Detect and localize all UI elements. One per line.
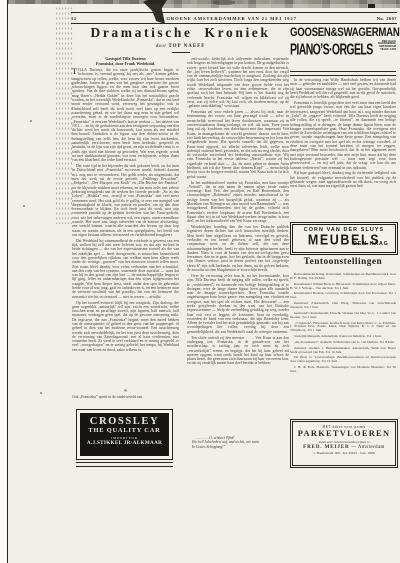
paragraph: anti-sociale, liederlijk zich uitlevende… <box>187 57 289 109</box>
exhibitions-heading: Tentoonstellingen <box>290 257 396 267</box>
page-header: 12 DE GROENE AMSTERDAMMER VAN 21 MEI 192… <box>71 12 397 24</box>
paragraph: Wonderlijker houding dan die van het Dui… <box>187 225 289 272</box>
paragraph: Op het tooneel evenwel blijft hij een wa… <box>72 301 179 353</box>
article-column-3: In de vertooning van Willy Handschuh heb… <box>290 78 396 218</box>
parket-ad-frame: HET adres voor prima PARKETVLOEREN tegen… <box>292 421 396 466</box>
exhibition-entry: Kunsthandel Willem Brok te Hilversum. Sc… <box>290 283 396 291</box>
article-column-2: anti-sociale, liederlijk zich uitlevende… <box>187 57 289 435</box>
newspaper-page-scan: 12 DE GROENE AMSTERDAMMER VAN 21 MEI 192… <box>0 0 400 563</box>
goosen-swagerman-ad: GOOSEN&SWAGERMAN PIANO’S·ORGELS DEN HAAG… <box>290 26 396 53</box>
goosen-brand-line: GOOSEN&SWAGERMAN <box>290 26 396 40</box>
scan-speck <box>23 205 25 207</box>
goosen-address-line: TELEF. 1309 <box>375 49 396 52</box>
exhibitions-list: Rotterdamsche Kring, Rotterdam. Schilder… <box>290 273 396 414</box>
byline-author: TOP NAEFF <box>168 44 205 49</box>
parket-tagline-bottom: tegen zeer concurreerende prijzen is <box>293 440 395 444</box>
goosen-products-line: PIANO’S·ORGELS <box>290 41 373 59</box>
scan-speck <box>30 120 32 122</box>
parketvloeren-ad: HET adres voor prima PARKETVLOEREN tegen… <box>290 419 398 468</box>
rule-under-crossley <box>76 462 173 467</box>
column-3-paragraphs: In de vertooning van Willy Handschuh heb… <box>290 78 396 189</box>
crossley-brand: CROSSLEY <box>80 416 170 427</box>
scan-ink-mark <box>368 4 375 8</box>
paragraph: TILLA Durieux, die tot onze jaarlijksche… <box>72 68 179 163</box>
article-subject-lines: Gastspiel Tilla Durieux Franziska, door … <box>72 57 179 67</box>
meubels-ad-frame: CORN VAN DER SLUYS MEUBELS DEN HAAG <box>292 224 396 253</box>
masthead: DE GROENE AMSTERDAMMER VAN 21 MEI 1927 <box>156 16 297 21</box>
crossley-ad: CROSSLEY THE QUALITY CAR IMPORTEUR A.J.S… <box>76 409 173 460</box>
column-1-last-line: Ook „Franziska” speelt in de onderwereld… <box>72 395 179 399</box>
exhibition-entry: Stedelijk Museum, Amsterdam. Kunst en In… <box>290 335 396 339</box>
crossley-importer-name: A.J.STIKKEL JR·ALKMAAR <box>80 440 170 446</box>
byline-prefix: door <box>156 44 167 49</box>
exhibition-entry: Kunsthandel Bodaan, Gravures, Schilderij… <box>290 292 396 300</box>
exhibition-entry: „’t Spinrok”, Hilversum. Grafisch werk v… <box>290 322 396 334</box>
parket-city: Amsterdam <box>358 445 385 450</box>
verse-line: In Gottes Schöpfung!” <box>187 445 289 449</box>
parket-dash: — <box>351 445 356 450</box>
section-separator: ✳ <box>72 389 179 394</box>
page-number: 12 <box>71 16 76 21</box>
scan-left-fold-line <box>7 0 8 563</box>
paragraph: In de vertooning van Willy Handschuh heb… <box>290 78 396 99</box>
parket-address: v. Baerlestraat 100 - Tel. 25615 - Gev. … <box>293 451 395 455</box>
subject-line-2: Franziska, door Frank Wedekind. <box>72 62 179 67</box>
byline: door TOP NAEFF <box>71 44 290 49</box>
parket-dealer-line: FRED. MEIJER — Amsterdam <box>293 445 395 450</box>
scan-smudge <box>213 0 235 5</box>
crossley-slogan: THE QUALITY CAR <box>80 427 170 434</box>
paragraph: Bij haar gastspel bleef, dankzij nog de … <box>290 171 396 188</box>
exhibition-entry: De Bron te ’s-Gravenhage. Beeldhouwwerke… <box>290 356 396 364</box>
goosen-address-stack: DEN HAAGNOORDEINDEAMSTERDAMTELEF. 1309 <box>375 41 396 53</box>
parket-product: PARKETVLOEREN <box>293 429 395 438</box>
issue-number: No. 2607 <box>377 16 397 21</box>
crossley-ad-panel: CROSSLEY THE QUALITY CAR IMPORTEUR A.J.S… <box>80 413 170 457</box>
exhibition-entry: Gerbrand’s Kunsthandel, Utrecht. Werken … <box>290 312 396 320</box>
exhibition-entry: Amsterd. Ateliers v. Binnenhuiskunst, Am… <box>290 347 396 355</box>
scan-left-margin <box>0 0 7 563</box>
title-rule <box>172 52 190 53</box>
article-title: Dramatische Kroniek <box>71 25 290 41</box>
column-1-paragraphs: Dat onze tijd in het bijzonder dit stuk … <box>72 164 179 352</box>
paragraph: Dat Wedekind bij uitnemendheid de voorbo… <box>72 239 179 299</box>
closing-verse-quote: …………O, schöner Pfad!Ein hell Jubelschrei… <box>187 436 289 449</box>
parket-dealer-name: FRED. MEIJER <box>303 445 349 450</box>
paragraph: In het middentafereel vinden wij Franzis… <box>187 181 289 224</box>
exhibition-entry: Rotterdamsche Kring, Rotterdam. Schilder… <box>290 273 396 281</box>
exhibition-entry: Kunstzaal d’Audretsch, Den Haag. Stillev… <box>290 302 396 310</box>
exhibition-entry: „De Korenbeurs”, Arnhem. Schilderijen va… <box>290 341 396 345</box>
corn-van-der-sluys-ad: CORN VAN DER SLUYS MEUBELS DEN HAAG <box>290 222 398 255</box>
paragraph: Franziska zal voor enkele jaren — alvast… <box>187 110 289 179</box>
exhibition-entry: J. H. de Bois, Haarlem. Teekeningen van … <box>290 366 396 374</box>
rule-under-goosen-ad <box>290 71 396 76</box>
paragraph: Ten slotte ontvalt zij den meester . . .… <box>187 336 289 366</box>
article-column-1: TILLA Durieux, die tot onze jaarlijksche… <box>72 68 179 388</box>
article-title-block: Dramatische Kroniek door TOP NAEFF <box>71 25 290 53</box>
paragraph: Over de vertooning zelve kan ik, na het … <box>187 274 289 334</box>
parket-tagline-top: HET adres voor prima <box>293 425 395 429</box>
paragraph: Dat onze tijd in het bijzonder dit stuk … <box>72 164 179 237</box>
column-2-paragraphs: anti-sociale, liederlijk zich uitlevende… <box>187 57 289 366</box>
meubels-product: MEUBELS <box>293 233 395 247</box>
scan-top-edge-right <box>160 0 400 8</box>
scan-speck <box>40 392 42 394</box>
paragraph: Franziska is letterlijk gesproken niet v… <box>290 101 396 170</box>
